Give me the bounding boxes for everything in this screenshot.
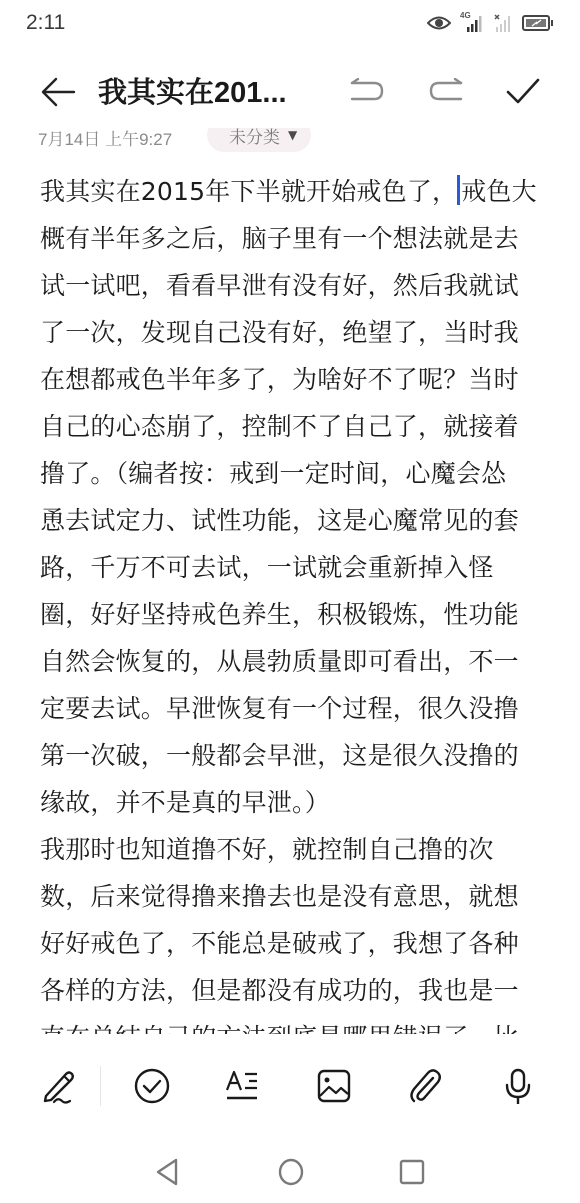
editor-line: 圈，好好坚持戒色养生，积极锻炼，性功能 (40, 591, 540, 638)
nav-home-button[interactable] (273, 1154, 309, 1190)
editor-line: 自己的心态崩了，控制不了自己了，就接着 (40, 403, 540, 450)
status-time: 2:11 (26, 11, 65, 35)
back-triangle-icon (154, 1157, 182, 1187)
pen-handwriting-icon (40, 1066, 80, 1106)
attachment-button[interactable] (403, 1064, 447, 1108)
network-type-label: 4G (460, 11, 471, 20)
editor-line: 我其实在2015年下半就开始戒色了，戒色大 (40, 168, 540, 215)
editor-line: 在想都戒色半年多了，为啥好不了呢？当时 (40, 356, 540, 403)
editor-line: 了一次，发现自己没有好，绝望了，当时我 (40, 309, 540, 356)
redo-icon (425, 78, 465, 108)
editor-line: 恿去试定力、试性功能，这是心魔常见的套 (40, 497, 540, 544)
nav-back-button[interactable] (150, 1154, 186, 1190)
microphone-icon (498, 1066, 538, 1106)
undo-button[interactable] (348, 78, 388, 108)
recents-square-icon (397, 1157, 427, 1187)
toolbar-divider (100, 1066, 101, 1106)
editor-line: 路，千万不可去试，一试就会重新掉入怪 (40, 544, 540, 591)
text-cursor (457, 175, 460, 205)
status-bar: 2:11 4G (0, 0, 580, 46)
eye-comfort-icon (427, 14, 451, 32)
status-icons: 4G (427, 13, 554, 33)
check-circle-icon (132, 1066, 172, 1106)
checklist-button[interactable] (130, 1064, 174, 1108)
editor-line: 自然会恢复的，从晨勃质量即可看出，不一 (40, 638, 540, 685)
caret-down-icon: ▼ (288, 128, 297, 142)
editor-line: 数，后来觉得撸来撸去也是没有意思，就想 (40, 873, 540, 920)
note-date: 7月14日 上午9:27 (38, 125, 172, 150)
battery-charging-icon (522, 14, 554, 32)
system-nav-bar (0, 1140, 580, 1203)
note-body-editor[interactable]: 我其实在2015年下半就开始戒色了，戒色大 概有半年多之后，脑子里有一个想法就是… (40, 168, 540, 1034)
back-button[interactable] (38, 74, 78, 110)
editor-line: 直在总结自己的方法到底是哪里错误了，比 (40, 1014, 540, 1034)
text-after-cursor: 戒色大 (461, 177, 537, 206)
text-before-cursor: 我其实在2015年下半就开始戒色了， (40, 177, 457, 206)
note-title: 我其实在201... (98, 70, 287, 111)
nav-recents-button[interactable] (394, 1154, 430, 1190)
text-format-button[interactable] (221, 1064, 265, 1108)
text-format-icon (223, 1066, 263, 1106)
voice-input-button[interactable] (496, 1064, 540, 1108)
undo-icon (348, 78, 388, 108)
home-circle-icon (276, 1157, 306, 1187)
signal-4g-icon: 4G (460, 13, 484, 33)
editor-line: 好好戒色了，不能总是破戒了，我想了各种 (40, 920, 540, 967)
signal-no-sim-icon (493, 13, 513, 33)
editor-line: 撸了。（编者按：戒到一定时间，心魔会怂 (40, 450, 540, 497)
save-button[interactable] (502, 72, 542, 112)
editor-line: 概有半年多之后，脑子里有一个想法就是去 (40, 215, 540, 262)
editor-line: 定要去试。早泄恢复有一个过程，很久没撸 (40, 685, 540, 732)
editor-line: 我那时也知道撸不好，就控制自己撸的次 (40, 826, 540, 873)
paperclip-icon (405, 1066, 445, 1106)
insert-image-button[interactable] (312, 1064, 356, 1108)
checkmark-icon (502, 72, 542, 112)
editor-line: 缘故，并不是真的早泄。） (40, 779, 540, 826)
editor-line: 试一试吧，看看早泄有没有好，然后我就试 (40, 262, 540, 309)
arrow-left-icon (38, 74, 78, 110)
handwriting-button[interactable] (38, 1064, 82, 1108)
image-icon (314, 1066, 354, 1106)
editor-line: 各样的方法，但是都没有成功的，我也是一 (40, 967, 540, 1014)
editor-line: 第一次破，一般都会早泄，这是很久没撸的 (40, 732, 540, 779)
editor-toolbar (0, 1050, 580, 1124)
redo-button[interactable] (425, 78, 465, 108)
editor-header: 我其实在201... (0, 56, 580, 128)
